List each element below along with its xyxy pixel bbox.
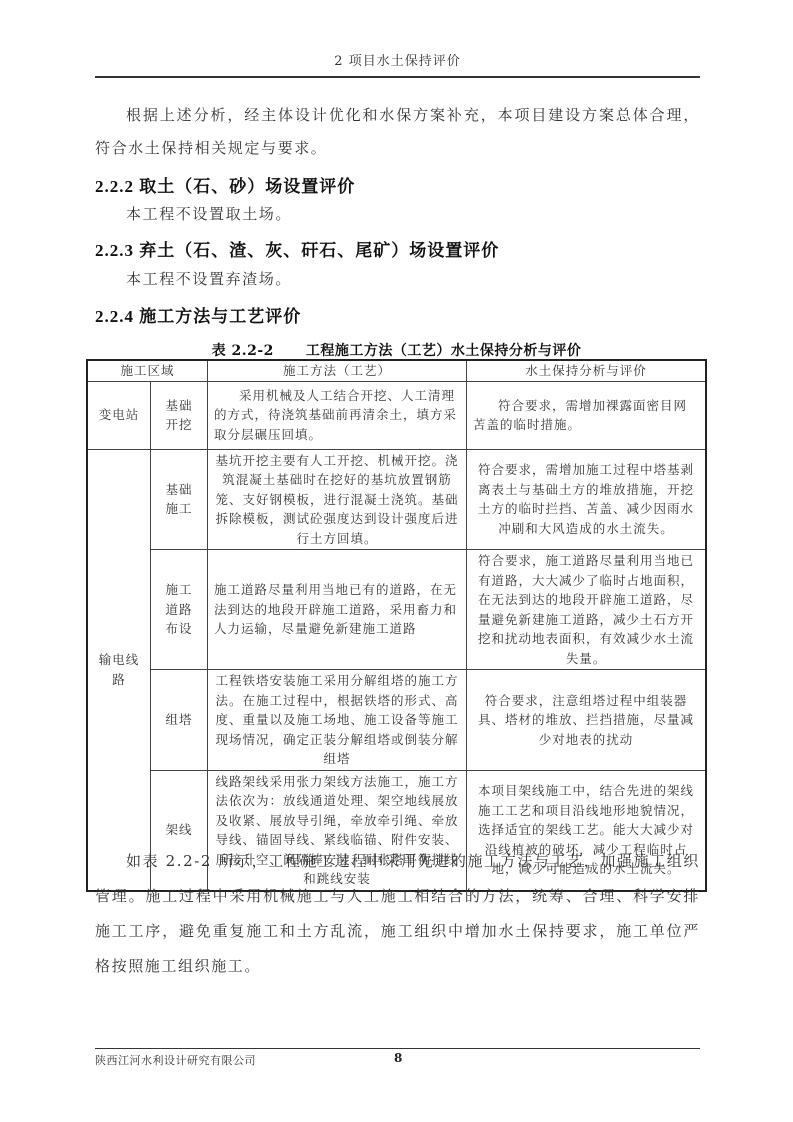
method-cell: 工程铁塔安装施工采用分解组塔的施工方法。在施工过程中，根据铁塔的形式、高度、重量… xyxy=(208,670,467,771)
table-title: 工程施工方法（工艺）水土保持分析与评价 xyxy=(306,343,582,359)
footer-company: 陕西江河水利设计研究有限公司 xyxy=(95,1052,256,1068)
header-evaluation: 水土保持分析与评价 xyxy=(467,360,707,381)
header-method: 施工方法（工艺） xyxy=(208,360,467,381)
header-rule xyxy=(95,76,700,78)
table-row: 施工道路布设 施工道路尽量利用当地已有的道路，在无法到达的地段开辟施工道路，采用… xyxy=(87,550,706,670)
evaluation-cell: 符合要求，施工道路尽量利用当地已有道路，大大减少了临时占地面积，在无法到达的地段… xyxy=(467,550,707,670)
table-row: 输电线路 基础施工 基坑开挖主要有人工开挖、机械开挖。浇筑混凝土基础时在挖好的基… xyxy=(87,449,706,550)
header-area: 施工区域 xyxy=(87,360,208,381)
table-header-row: 施工区域 施工方法（工艺） 水土保持分析与评价 xyxy=(87,360,706,381)
table-caption: 表 2.2-2工程施工方法（工艺）水土保持分析与评价 xyxy=(86,340,707,360)
subarea-cell: 基础开挖 xyxy=(151,381,208,449)
table-row: 变电站 基础开挖 采用机械及人工结合开挖、人工清理的方式，待浇筑基础前再清余土，… xyxy=(87,381,706,449)
intro-paragraph: 根据上述分析，经主体设计优化和水保方案补充，本项目建设方案总体合理，符合水土保持… xyxy=(95,99,700,165)
table-number: 表 2.2-2 xyxy=(212,343,274,359)
evaluation-cell: 符合要求，需增加施工过程中塔基剥离表土与基础土方的堆放措施，开挖土方的临时拦挡、… xyxy=(467,449,707,550)
method-cell: 基坑开挖主要有人工开挖、机械开挖。浇筑混凝土基础时在挖好的基坑放置钢筋笼、支好钢… xyxy=(208,449,467,550)
evaluation-cell: 符合要求，注意组塔过程中组装器具、塔材的堆放、拦挡措施，尽量减少对地表的扰动 xyxy=(467,670,707,771)
table-row: 组塔 工程铁塔安装施工采用分解组塔的施工方法。在施工过程中，根据铁塔的形式、高度… xyxy=(87,670,706,771)
section-heading-2-2-4: 2.2.4 施工方法与工艺评价 xyxy=(95,302,301,327)
construction-method-table: 施工区域 施工方法（工艺） 水土保持分析与评价 变电站 基础开挖 采用机械及人工… xyxy=(86,359,707,892)
area-cell: 变电站 xyxy=(87,381,151,449)
subarea-cell: 组塔 xyxy=(151,670,208,771)
subarea-cell: 施工道路布设 xyxy=(151,550,208,670)
method-cell: 采用机械及人工结合开挖、人工清理的方式，待浇筑基础前再清余土，填方采取分层碾压回… xyxy=(208,381,467,449)
footer-rule xyxy=(95,1048,700,1049)
subarea-cell: 基础施工 xyxy=(151,449,208,550)
section-heading-2-2-2: 2.2.2 取土（石、砂）场设置评价 xyxy=(95,172,355,197)
section-text-2-2-3: 本工程不设置弃渣场。 xyxy=(95,263,700,296)
evaluation-cell: 符合要求，需增加裸露面密目网苫盖的临时措施。 xyxy=(467,381,707,449)
running-header: 2 项目水土保持评价 xyxy=(95,50,700,69)
area-cell: 输电线路 xyxy=(87,449,151,891)
method-cell: 施工道路尽量利用当地已有的道路，在无法到达的地段开辟施工道路，采用畜力和人力运输… xyxy=(208,550,467,670)
closing-paragraph: 如表 2.2-2 所示，工程施工过程中采用先进的施工方法与工艺，加强施工组织管理… xyxy=(95,844,700,984)
page-number: 8 xyxy=(394,1051,402,1065)
section-heading-2-2-3: 2.2.3 弃土（石、渣、灰、矸石、尾矿）场设置评价 xyxy=(95,236,499,261)
section-text-2-2-2: 本工程不设置取土场。 xyxy=(95,198,700,231)
